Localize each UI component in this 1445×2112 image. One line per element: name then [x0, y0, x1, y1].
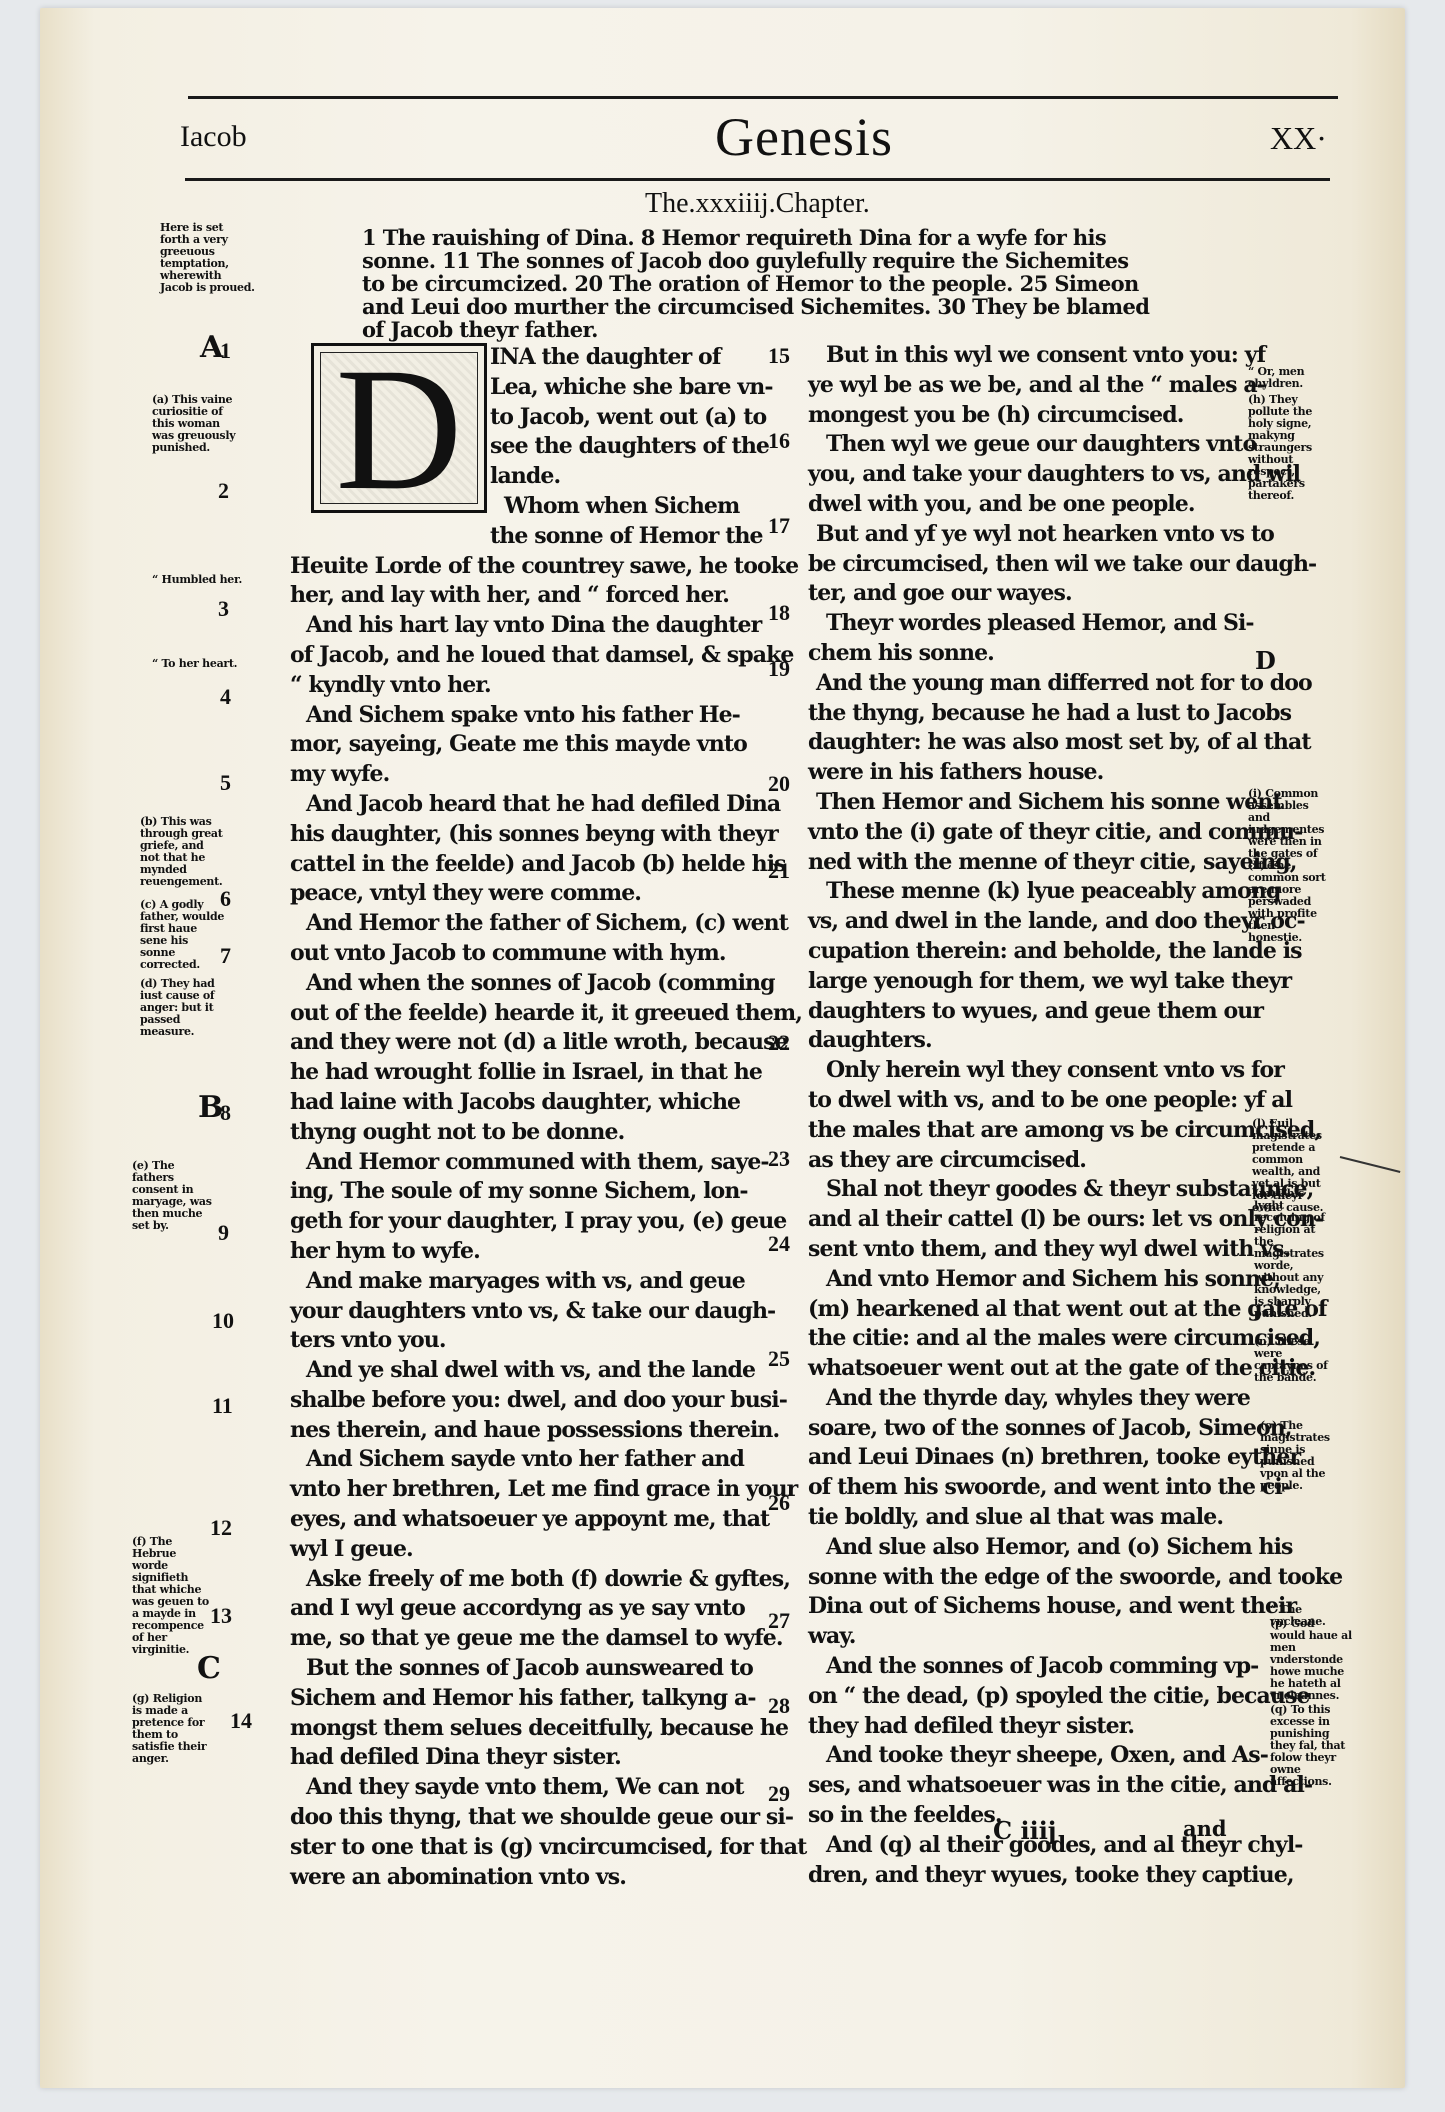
- verse-line: ster to one that is (g) vncircumcised, f…: [290, 1833, 745, 1863]
- verse-line: you, and take your daughters to vs, and …: [808, 460, 1258, 490]
- verse-line: ters vnto you.: [290, 1326, 745, 1356]
- verse-number: 26: [768, 1490, 790, 1516]
- verse-line: and I wyl geue accordyng as ye say vnto: [290, 1594, 745, 1624]
- verse-line: Shal not theyr goodes & theyr substaunce…: [808, 1175, 1258, 1205]
- verse-line: of them his swoorde, and went into the c…: [808, 1473, 1258, 1503]
- verse-line: they had defiled theyr sister.: [808, 1712, 1258, 1742]
- verse-line: and al their cattel (l) be ours: let vs …: [808, 1205, 1258, 1235]
- verse-line: ses, and whatsoeuer was in the citie, an…: [808, 1771, 1258, 1801]
- verse-line: Aske freely of me both (f) dowrie & gyft…: [290, 1565, 745, 1595]
- verse-line: your daughters vnto vs, & take our daugh…: [290, 1297, 745, 1327]
- verse-line: And Hemor the father of Sichem, (c) went: [290, 909, 745, 939]
- verse-line: ye wyl be as we be, and al the “ males a…: [808, 371, 1258, 401]
- verse-number: 4: [220, 684, 231, 710]
- verse-line: peace, vntyl they were comme.: [290, 879, 745, 909]
- verse-line: dren, and theyr wyues, tooke they captiu…: [808, 1861, 1258, 1891]
- verse-line: geth for your daughter, I pray you, (e) …: [290, 1207, 745, 1237]
- verse-line: (m) hearkened al that went out at the ga…: [808, 1295, 1258, 1325]
- verse-line: vs, and dwel in the lande, and doo theyr…: [808, 907, 1258, 937]
- chapter-summary: 1 The rauishing of Dina. 8 Hemor require…: [362, 226, 1152, 341]
- verse-line: eyes, and whatsoeuer ye appoynt me, that: [290, 1505, 745, 1535]
- verse-line: Sichem and Hemor his father, talkyng a-: [290, 1684, 745, 1714]
- verse-line: And Hemor communed with them, saye-: [290, 1148, 745, 1178]
- verse-line: But in this wyl we consent vnto you: yf: [808, 341, 1258, 371]
- verse-line: sent vnto them, and they wyl dwel with v…: [808, 1235, 1258, 1265]
- verse-line: tie boldly, and slue al that was male.: [808, 1503, 1258, 1533]
- verse-line: daughter: he was also most set by, of al…: [808, 728, 1258, 758]
- verse-line: Dina out of Sichems house, and went thei…: [808, 1592, 1258, 1622]
- left-column: INA the daughter of Lea, whiche she bare…: [290, 343, 745, 1892]
- margin-note: (k) The common sort are more perswaded w…: [1248, 860, 1328, 944]
- verse-line: “ kyndly vnto her.: [290, 671, 745, 701]
- verse-line: and they were not (d) a litle wroth, bec…: [290, 1028, 745, 1058]
- verse-line: And ye shal dwel with vs, and the lande: [290, 1356, 745, 1386]
- verse-line: And when the sonnes of Jacob (comming: [290, 969, 745, 999]
- verse-line: to Jacob, went out (a) to: [490, 403, 745, 433]
- verse-line: vnto her brethren, Let me find grace in …: [290, 1475, 745, 1505]
- verse-number: 24: [768, 1231, 790, 1257]
- verse-line: mor, sayeing, Geate me this mayde vnto: [290, 730, 745, 760]
- verse-line: And make maryages with vs, and geue: [290, 1267, 745, 1297]
- verse-number: 11: [212, 1393, 233, 1419]
- verse-line: These menne (k) lyue peaceably among: [808, 877, 1258, 907]
- verse-number: 28: [768, 1693, 790, 1719]
- margin-note: (o) The magistrates sinne is punished vp…: [1260, 1420, 1342, 1492]
- verse-line: And the young man differred not for to d…: [808, 669, 1258, 699]
- margin-note: (f) The Hebrue worde signifieth that whi…: [132, 1536, 210, 1656]
- verse-line: were in his fathers house.: [808, 758, 1258, 788]
- catchword: and: [1183, 1816, 1227, 1841]
- book-title: Genesis: [715, 106, 893, 168]
- verse-line: INA the daughter of: [490, 343, 745, 373]
- verse-line: daughters.: [808, 1026, 1258, 1056]
- verse-line: soare, two of the sonnes of Jacob, Simeo…: [808, 1414, 1258, 1444]
- verse-line: out of the feelde) hearde it, it greeued…: [290, 999, 745, 1029]
- verse-line: large yenough for them, we wyl take they…: [808, 967, 1258, 997]
- margin-note: (m) This lyght receiuing of religion at …: [1254, 1188, 1332, 1320]
- verse-number: 19: [768, 656, 790, 682]
- verse-line: And Sichem spake vnto his father He-: [290, 701, 745, 731]
- verse-line: and Leui Dinaes (n) brethren, tooke eyth…: [808, 1443, 1258, 1473]
- verse-line: my wyfe.: [290, 760, 745, 790]
- ink-pointer-line: [1340, 1156, 1401, 1173]
- verse-line: ing, The soule of my sonne Sichem, lon-: [290, 1177, 745, 1207]
- verse-line: sonne with the edge of the swoorde, and …: [808, 1563, 1258, 1593]
- verse-line: were an abomination vnto vs.: [290, 1863, 745, 1893]
- verse-line: Theyr wordes pleased Hemor, and Si-: [808, 609, 1258, 639]
- verse-number: 10: [212, 1308, 234, 1334]
- verse-line: Heuite Lorde of the countrey sawe, he to…: [290, 552, 745, 582]
- verse-line: nes therein, and haue possessions therei…: [290, 1416, 745, 1446]
- verse-line: But and yf ye wyl not hearken vnto vs to: [808, 520, 1258, 550]
- margin-note: (d) They had iust cause of anger: but it…: [140, 978, 226, 1038]
- verse-line: And the sonnes of Jacob comming vp-: [808, 1652, 1258, 1682]
- margin-note: (p) God would haue al men vnderstonde ho…: [1270, 1618, 1352, 1702]
- verse-number: 27: [768, 1608, 790, 1634]
- verse-line: mongest you be (h) circumcised.: [808, 401, 1258, 431]
- verse-number: 5: [220, 770, 231, 796]
- verse-line: the males that are among vs be circumcis…: [808, 1116, 1258, 1146]
- verse-line: And the thyrde day, whyles they were: [808, 1384, 1258, 1414]
- verse-number: 15: [768, 343, 790, 369]
- verse-line: the thyng, because he had a lust to Jaco…: [808, 699, 1258, 729]
- verse-number: 13: [210, 1603, 232, 1629]
- verse-line: chem his sonne.: [808, 639, 1258, 669]
- verse-number: 17: [768, 513, 790, 539]
- verse-line: And vnto Hemor and Sichem his sonne,: [808, 1265, 1258, 1295]
- margin-note: (c) A godly father, woulde first haue se…: [140, 899, 226, 971]
- right-column: But in this wyl we consent vnto you: yf …: [808, 341, 1258, 1890]
- verse-line: dwel with you, and be one people.: [808, 490, 1258, 520]
- verse-line: whatsoeuer went out at the gate of the c…: [808, 1354, 1258, 1384]
- verse-number: 22: [768, 1030, 790, 1056]
- verse-line: be circumcised, then wil we take our dau…: [808, 550, 1258, 580]
- header-rule-bottom: [185, 178, 1330, 181]
- running-head-left: Iacob: [180, 120, 247, 154]
- verse-line: And Jacob heard that he had defiled Dina: [290, 790, 745, 820]
- verse-line: out vnto Jacob to commune with hym.: [290, 939, 745, 969]
- signature-mark: C iiij: [993, 1816, 1057, 1845]
- verse-number: 14: [230, 1708, 252, 1734]
- verse-line: lande.: [490, 462, 745, 492]
- margin-note: (a) This vaine curiositie of this woman …: [152, 394, 240, 454]
- verse-number: 29: [768, 1781, 790, 1807]
- margin-note: “ To her heart.: [152, 658, 262, 670]
- verse-line: had defiled Dina theyr sister.: [290, 1743, 745, 1773]
- verse-line: shalbe before you: dwel, and doo your bu…: [290, 1386, 745, 1416]
- folio-number: XX·: [1270, 120, 1327, 157]
- margin-note: (g) Religion is made a pretence for them…: [132, 1693, 210, 1765]
- verse-line: doo this thyng, that we shoulde geue our…: [290, 1803, 745, 1833]
- verse-line: way.: [808, 1622, 1258, 1652]
- margin-note: Here is set forth a very greeuous tempta…: [160, 222, 255, 294]
- verse-line: Then Hemor and Sichem his sonne went: [808, 788, 1258, 818]
- verse-number: 18: [768, 600, 790, 626]
- header-rule-top: [188, 96, 1338, 99]
- verse-number: 2: [218, 478, 229, 504]
- margin-note: (h) They pollute the holy signe, makyng …: [1248, 394, 1328, 502]
- verse-line: But the sonnes of Jacob aunsweared to: [290, 1654, 745, 1684]
- verse-line: ned with the menne of theyr citie, sayei…: [808, 848, 1258, 878]
- margin-note: (q) To this excesse in punishing they fa…: [1270, 1704, 1352, 1788]
- verse-line: cattel in the feelde) and Jacob (b) held…: [290, 850, 745, 880]
- verse-line: her hym to wyfe.: [290, 1237, 745, 1267]
- section-mark-c: C: [197, 1651, 221, 1686]
- margin-note: (e) The fathers consent in maryage, was …: [132, 1160, 214, 1232]
- verse-line: the sonne of Hemor the: [490, 522, 745, 552]
- chapter-heading: The.xxxiiij.Chapter.: [645, 188, 870, 220]
- verse-number: 3: [218, 596, 229, 622]
- verse-line: had laine with Jacobs daughter, whiche: [290, 1088, 745, 1118]
- verse-line: And they sayde vnto them, We can not: [290, 1773, 745, 1803]
- verse-line: Whom when Sichem: [490, 492, 745, 522]
- verse-line: see the daughters of the: [490, 432, 745, 462]
- verse-line: the citie: and al the males were circumc…: [808, 1324, 1258, 1354]
- verse-number: 16: [768, 428, 790, 454]
- verse-line: wyl I geue.: [290, 1535, 745, 1565]
- verse-line: on “ the dead, (p) spoyled the citie, be…: [808, 1682, 1258, 1712]
- verse-line: as they are circumcised.: [808, 1146, 1258, 1176]
- verse-number: 23: [768, 1146, 790, 1172]
- verse-line: me, so that ye geue me the damsel to wyf…: [290, 1624, 745, 1654]
- verse-line: Then wyl we geue our daughters vnto: [808, 430, 1258, 460]
- verse-line: vnto the (i) gate of theyr citie, and co…: [808, 818, 1258, 848]
- verse-number: 12: [210, 1515, 232, 1541]
- verse-line: And slue also Hemor, and (o) Sichem his: [808, 1533, 1258, 1563]
- verse-number: 9: [218, 1220, 229, 1246]
- verse-line: And tooke theyr sheepe, Oxen, and As-: [808, 1741, 1258, 1771]
- verse-line: he had wrought follie in Israel, in that…: [290, 1058, 745, 1088]
- verse-line: And his hart lay vnto Dina the daughter: [290, 611, 745, 641]
- verse-line: And Sichem sayde vnto her father and: [290, 1445, 745, 1475]
- margin-note: (n) These were captaynes of the bande.: [1254, 1336, 1332, 1384]
- margin-note: “ Or, men chyldren.: [1248, 366, 1328, 390]
- verse-number: 21: [768, 858, 790, 884]
- verse-line: his daughter, (his sonnes beyng with the…: [290, 820, 745, 850]
- verse-line: Lea, whiche she bare vn-: [490, 373, 745, 403]
- verse-number: 20: [768, 771, 790, 797]
- verse-line: daughters to wyues, and geue them our: [808, 997, 1258, 1027]
- verse-line: of Jacob, and he loued that damsel, & sp…: [290, 641, 745, 671]
- verse-number: 1: [220, 338, 231, 364]
- bible-page: Iacob Genesis XX· The.xxxiiij.Chapter. 1…: [40, 8, 1405, 2088]
- verse-number: 25: [768, 1346, 790, 1372]
- margin-note: (b) This was through great griefe, and n…: [140, 816, 226, 888]
- verse-line: cupation therein: and beholde, the lande…: [808, 937, 1258, 967]
- verse-line: mongst them selues deceitfully, because …: [290, 1714, 745, 1744]
- verse-line: thyng ought not to be donne.: [290, 1118, 745, 1148]
- margin-note: “ Humbled her.: [152, 574, 262, 586]
- verse-line: ter, and goe our wayes.: [808, 579, 1258, 609]
- verse-line: Only herein wyl they consent vnto vs for: [808, 1056, 1258, 1086]
- verse-line: to dwel with vs, and to be one people: y…: [808, 1086, 1258, 1116]
- verse-number: 8: [220, 1100, 231, 1126]
- verse-line: her, and lay with her, and “ forced her.: [290, 581, 745, 611]
